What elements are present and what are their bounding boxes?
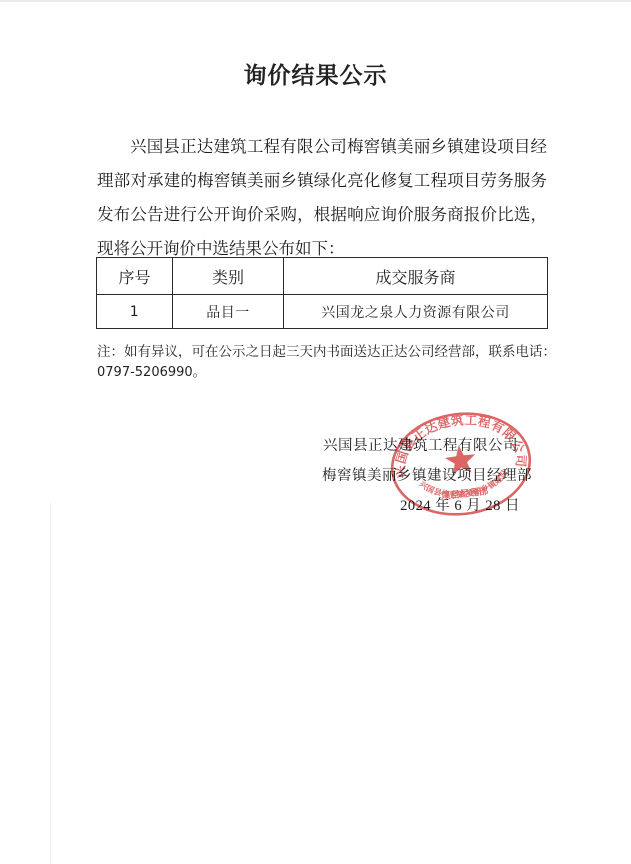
col-header-winning-vendor: 成交服务商: [284, 258, 548, 295]
cell-index: 1: [97, 295, 173, 329]
note-phone-number: 0797-5206990。: [97, 365, 206, 380]
signature-company: 兴国县正达建筑工程有限公司: [323, 434, 518, 455]
table-header-row: 序号 类别 成交服务商: [97, 258, 548, 295]
scan-artifact-line: [50, 502, 51, 864]
objection-note: 注：如有异议，可在公示之日起三天内书面送达正达公司经营部，联系电话： 0797-…: [97, 342, 557, 383]
cell-winning-vendor: 兴国龙之泉人力资源有限公司: [284, 295, 548, 329]
signature-department: 梅窖镇美丽乡镇建设项目经理部: [322, 464, 532, 485]
note-text: 注：如有异议，可在公示之日起三天内书面送达正达公司经营部，联系电话：: [97, 344, 556, 359]
col-header-category: 类别: [173, 258, 284, 295]
document-title: 询价结果公示: [0, 57, 631, 90]
body-paragraph: 兴国县正达建筑工程有限公司梅窖镇美丽乡镇建设项目经理部对承建的梅窖镇美丽乡镇绿化…: [97, 130, 547, 266]
signature-date: 2024 年 6 月 28 日: [400, 494, 520, 515]
cell-category: 品目一: [173, 295, 284, 329]
table-row: 1 品目一 兴国龙之泉人力资源有限公司: [97, 295, 548, 329]
document-page: 询价结果公示 兴国县正达建筑工程有限公司梅窖镇美丽乡镇建设项目经理部对承建的梅窖…: [0, 0, 631, 864]
results-table: 序号 类别 成交服务商 1 品目一 兴国龙之泉人力资源有限公司: [96, 257, 548, 329]
col-header-index: 序号: [97, 258, 173, 295]
